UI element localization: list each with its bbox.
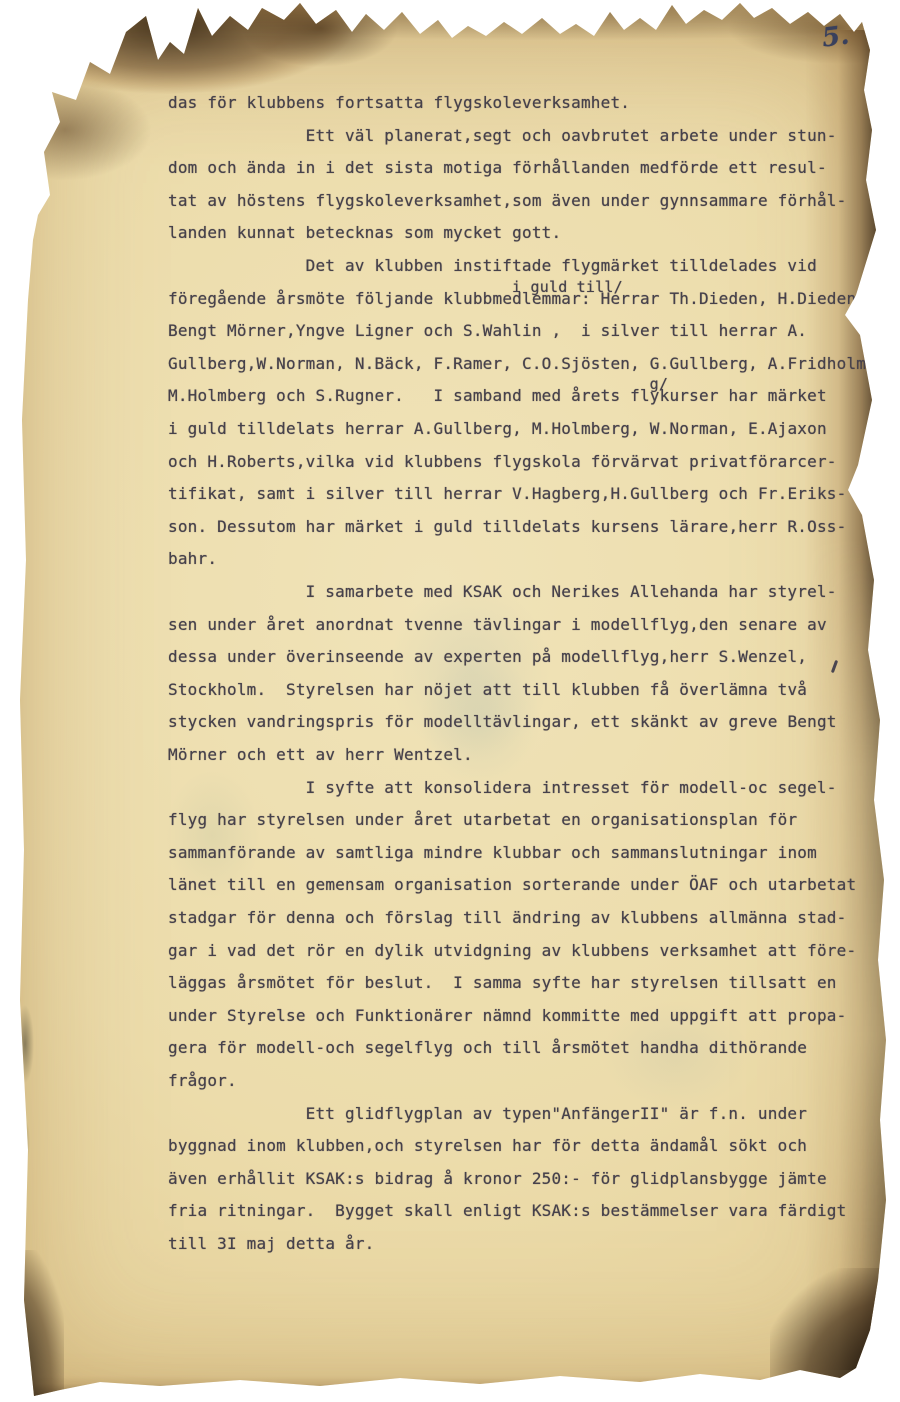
document-line: under Styrelse och Funktionärer nämnd ko… xyxy=(168,1006,846,1025)
document-line: i guld tilldelats herrar A.Gullberg, M.H… xyxy=(168,419,827,438)
document-line: fria ritningar. Bygget skall enligt KSAK… xyxy=(168,1201,846,1220)
edge-smudge xyxy=(20,248,32,264)
document-line: bahr. xyxy=(168,549,217,568)
burn-edge-bottom xyxy=(0,1376,900,1402)
document-line: Ett väl planerat,segt och oavbrutet arbe… xyxy=(306,126,837,145)
document-line: Mörner och ett av herr Wentzel. xyxy=(168,745,473,764)
document-line: gera för modell-och segelflyg och till å… xyxy=(168,1038,807,1057)
document-line: son. Dessutom har märket i guld tilldela… xyxy=(168,517,846,536)
document-line: och H.Roberts,vilka vid klubbens flygsko… xyxy=(168,452,837,471)
document-line: tat av höstens flygskoleverksamhet,som ä… xyxy=(168,191,846,210)
scanned-page: 5. das för klubbens fortsatta flygskolev… xyxy=(0,0,900,1402)
document-line: även erhållit KSAK:s bidrag å kronor 250… xyxy=(168,1169,827,1188)
document-line: M.Holmberg och S.Rugner. I samband med å… xyxy=(168,386,827,405)
document-line: till 3I maj detta år. xyxy=(168,1234,375,1253)
document-line: Gullberg,W.Norman, N.Bäck, F.Ramer, C.O.… xyxy=(168,354,866,373)
document-line: frågor. xyxy=(168,1071,237,1090)
paper-sheet: 5. das för klubbens fortsatta flygskolev… xyxy=(0,0,900,1402)
document-line: stycken vandringspris för modelltävlinga… xyxy=(168,712,837,731)
document-line: flyg har styrelsen under året utarbetat … xyxy=(168,810,797,829)
document-line: stadgar för denna och förslag till ändri… xyxy=(168,908,846,927)
document-line: gar i vad det rör en dylik utvidgning av… xyxy=(168,941,856,960)
document-line: Bengt Mörner,Yngve Ligner och S.Wahlin ,… xyxy=(168,321,807,340)
document-line: dom och ända in i det sista motiga förhå… xyxy=(168,158,827,177)
document-line: byggnad inom klubben,och styrelsen har f… xyxy=(168,1136,807,1155)
document-line: I samarbete med KSAK och Nerikes Allehan… xyxy=(306,582,837,601)
document-line: läggas årsmötet för beslut. I samma syft… xyxy=(168,973,837,992)
document-line: Det av klubben instiftade flygmärket til… xyxy=(306,256,817,275)
edge-smudge xyxy=(14,1115,30,1167)
document-line: sen under året anordnat tvenne tävlingar… xyxy=(168,615,827,634)
document-line: sammanförande av samtliga mindre klubbar… xyxy=(168,843,817,862)
document-line: tifikat, samt i silver till herrar V.Hag… xyxy=(168,484,846,503)
document-line: länet till en gemensam organisation sort… xyxy=(168,875,856,894)
document-line: landen kunnat betecknas som mycket gott. xyxy=(168,223,561,242)
document-line: dessa under överinseende av experten på … xyxy=(168,647,807,666)
burn-edge-left xyxy=(0,180,16,1402)
document-line: Ett glidflygplan av typen"AnfängerII" är… xyxy=(306,1104,807,1123)
document-line: föregående årsmöte följande klubbmedlemm… xyxy=(168,289,866,308)
document-line: das för klubbens fortsatta flygskoleverk… xyxy=(168,93,630,112)
document-line: Stockholm. Styrelsen har nöjet att till … xyxy=(168,680,807,699)
edge-smudge xyxy=(16,1005,34,1083)
page-number-handwritten: 5. xyxy=(820,20,851,53)
document-line: I syfte att konsolidera intresset för mo… xyxy=(306,778,837,797)
typewritten-text: das för klubbens fortsatta flygskoleverk… xyxy=(168,93,892,1293)
